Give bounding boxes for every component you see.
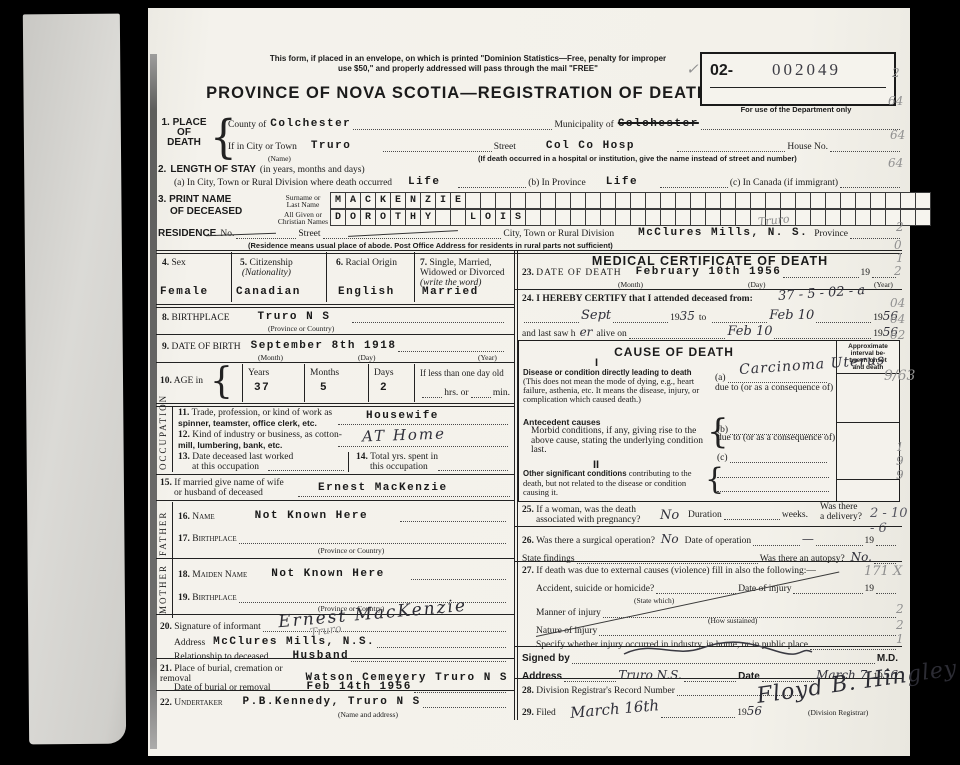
burial-num: 21. [160,664,172,674]
row-divider [156,403,514,407]
age-brace: { [210,364,233,400]
age-hrs-label: hrs. or [444,388,468,398]
signed-address-label: Address [522,671,562,682]
date-of-death-label: DATE OF DEATH [536,268,621,278]
violence-label: If death was due to external causes (vio… [536,566,816,576]
stay-a-label: (a) In City, Town or Rural Division wher… [174,178,392,188]
operation-num: 26. [522,536,534,546]
margin-note: 2 [892,66,900,80]
dotted-line [717,477,829,478]
violence-num: 27. [522,566,534,576]
filed-label: Filed [536,708,556,718]
print-name-label: 3. PRINT NAME OF DECEASED [158,194,242,218]
undertaker-label: Undertaker [174,698,222,708]
group-divider [172,560,173,618]
certify-margin-note: 37 - 5 - 02 - a [778,283,866,304]
form-title: PROVINCE OF NOVA SCOTIA—REGISTRATION OF … [178,84,738,103]
cell-divider [348,452,349,472]
mail-instruction-line2: use $50," and properly addressed will pa… [188,64,748,73]
dob-year-caption: (Year) [478,353,497,362]
mother-name-label: Maiden Name [192,570,247,580]
father-name-label: Name [192,512,214,522]
dotted-line [438,470,508,471]
county-value: Colchester [270,118,351,130]
age-less-label: If less than one day old [420,368,504,378]
city-town-value: Truro [311,140,352,152]
dob-day-caption: (Day) [358,353,376,362]
scanned-death-certificate: { "deco":{"check":"✓","brace":"{"}, "sta… [0,0,960,765]
hospital-caption: (If death occurred in a hospital or inst… [478,154,797,163]
surname-sublabel: Surname orLast Name [276,194,331,208]
row-divider [156,474,514,475]
margin-note: 64 [890,128,905,142]
age-days-value: 2 [380,382,388,394]
physician-signature [618,638,818,662]
operation-date-dash: — [802,532,814,546]
cell-divider [414,364,415,402]
operation-date-label: Date of operation [685,536,751,546]
mother-name-value: Not Known Here [271,568,384,580]
dod-day-caption: (Day) [748,280,766,289]
length-of-stay-num: 2. [158,164,166,175]
total-years-label: 14. Total yrs. spent in this occupation [356,452,438,472]
industry-value: AT Home [362,425,447,446]
relationship-value: Husband [292,650,349,662]
row-divider [156,658,514,659]
interval-cell [837,423,899,480]
to-value: Feb 10 [769,308,814,323]
burial-date-value: Feb 14th 1956 [307,681,412,693]
father-name-value: Not Known Here [255,510,368,522]
signed-by-label: Signed by [522,653,570,664]
margin-note: 9 [896,468,904,482]
filed-num: 29. [522,708,534,718]
duration-label: Duration [688,510,722,520]
burial-date-label: Date of burial or removal [174,683,271,693]
length-of-stay-label: LENGTH OF STAY [170,164,256,175]
sex-label: 4. Sex [162,258,186,268]
dotted-line [298,496,510,497]
record-number-num: 28. [522,686,534,696]
group-divider [172,406,173,472]
dob-value: September 8th 1918 [251,340,397,352]
pregnancy-value: No [660,508,679,523]
margin-note: 64 [890,312,905,326]
binding-strip [150,54,157,749]
dob-num: 9. [162,342,169,352]
row-divider [156,500,514,501]
delivery-label: Was therea delivery? [820,502,862,522]
margin-note: 9/63 [884,368,915,384]
record-number-label: Division Registrar's Record Number [536,686,675,696]
age-min-label: min. [493,388,510,398]
other-conditions-label: Other significant conditions contributin… [523,469,703,498]
father-vertical-label: FATHER [158,508,168,556]
cause-due2-label: due to (or as a consequence of) [717,433,835,443]
birthplace-value: Truro N S [258,311,331,323]
surname-letterboxes: MACKENZIE [331,192,931,209]
margin-note: 62 [890,328,905,342]
street-label: Street [494,142,516,152]
trade-value: Housewife [366,410,439,422]
pregnancy-label: 25. If a woman, was the death associated… [522,505,640,525]
margin-note: 0 [894,238,902,252]
spouse-value: Ernest MacKenzie [318,482,448,494]
birthplace-caption: (Province or Country) [268,324,334,333]
citizenship-label: 5. Citizenship (Nationality) [240,258,293,278]
informant-address-label: Address [174,638,205,648]
margin-note: 1 [896,632,904,646]
filed-19: 19 [737,708,747,718]
last-saw-fill: er [580,325,593,339]
house-no-label: House No. [787,142,828,152]
residence-street-label: Street [298,229,320,239]
department-only-caption: For use of the Department only [700,105,892,114]
weeks-label: weeks. [782,510,808,520]
md-label: M.D. [877,653,898,664]
margin-note: 04 [890,296,905,310]
spouse-label: 15. If married give name of wife or husb… [160,478,284,498]
age-years-label: Years [248,368,269,378]
given-names-sublabel: All Given orChristian Names [276,211,331,225]
name-caption: (Name) [268,154,291,163]
age-months-value: 5 [320,382,328,394]
date-of-death-19: 19 [861,268,871,278]
informant-num: 20. [160,622,172,632]
city-town-label: If in City or Town [228,142,297,152]
racial-origin-value: English [338,286,395,298]
operation-19: 19 [865,536,875,546]
age-months-label: Months [310,368,339,378]
mother-name-num: 18. [178,570,190,580]
residence-province-label: Province [814,229,848,239]
from-year-value: 35 [680,309,695,323]
morbid-label: Morbid conditions, if any, giving rise t… [531,427,711,456]
to-19: 19 [873,313,883,323]
dotted-line [268,470,344,471]
last-saw-label: and last saw h [522,329,576,339]
state-which-caption: (State which) [634,596,674,605]
operation-value: No [661,532,679,546]
municipality-value: Colchester [618,118,699,130]
stay-a-value: Life [408,176,440,188]
mother-vertical-label: MOTHER [158,566,168,614]
certificate-page: This form, if placed in an envelope, on … [148,8,910,756]
cause-of-death-title: CAUSE OF DEATH [519,345,829,359]
residence-caption: (Residence means usual place of abode. P… [248,241,613,250]
from-19: 19 [670,313,680,323]
cause-a-label: (a) [715,373,726,383]
injury-date-label: Date of injury [738,584,791,594]
cell-divider [304,364,305,402]
registration-number-box: 02- 002049 [700,52,896,106]
last-saw-label2: alive on [596,329,626,339]
registration-number: 002049 [772,60,841,80]
municipality-label: Municipality of [554,120,613,130]
group-divider [172,502,173,562]
date-of-death-num: 23. [522,268,534,278]
occupation-vertical-label: OCCUPATION [158,408,168,470]
pencil-check-icon: ✓ [686,60,699,78]
row-divider [156,690,514,691]
margin-note: 2 [896,618,904,632]
father-name-num: 16. [178,512,190,522]
dob-label: DATE OF BIRTH [172,342,241,352]
mother-birthplace-label: Birthplace [192,593,236,603]
manner-label: Manner of injury [536,608,601,618]
injury-19: 19 [865,584,875,594]
last-saw-value: Feb 10 [727,324,772,339]
undertaker-caption: (Name and address) [338,710,398,719]
age-years-value: 37 [254,382,270,394]
father-birthplace-num: 17. [178,534,190,544]
certify-label: I HEREBY CERTIFY that I attended decease… [536,294,753,304]
father-birthplace-caption: (Province or Country) [318,546,384,555]
row-divider [515,561,902,562]
cell-divider [231,252,232,302]
margin-note: 2 [896,602,904,616]
previous-page-edge [23,14,126,745]
accident-label: Accident, suicide or homicide? [536,584,654,594]
mail-instruction-line1: This form, if placed in an envelope, on … [188,54,748,63]
stay-b-label: (b) In Province [528,178,586,188]
mother-birthplace-num: 19. [178,593,190,603]
street-value: Col Co Hosp [546,140,635,152]
industry-label: 12. Kind of industry or business, as cot… [178,430,342,451]
father-birthplace-label: Birthplace [192,534,236,544]
residence-city-value: McClures Mills, N. S. [638,227,808,239]
citizenship-value: Canadian [236,286,301,298]
date-of-death-value: February 10th 1956 [636,266,782,278]
registration-number-prefix: 02- [710,62,733,80]
birthplace-num: 8. [162,313,169,323]
informant-label: Signature of informant [174,622,261,632]
margin-note: 1 [896,251,904,265]
row-divider [515,526,902,527]
given-names-letterboxes: DOROTHY LOIS [331,209,931,226]
autopsy-label: Was there an autopsy? [760,554,845,564]
cell-divider [326,252,327,302]
residence-city-label: City, Town or Rural Division [503,229,614,239]
marital-status-value: Married [422,286,479,298]
cause-of-death-box: CAUSE OF DEATH Approximateinterval be- t… [518,340,900,502]
certify-num: 24. [522,294,534,304]
age-days-label: Days [374,368,394,378]
dotted-line [338,446,508,447]
row-divider [156,558,514,559]
length-of-stay-sub: (in years, months and days) [260,165,365,175]
sex-value: Female [160,286,209,298]
undertaker-value: P.B.Kennedy, Truro N S [243,696,421,708]
violence-pencil-note: 171 X [864,564,902,579]
cell-divider [368,364,369,402]
division-registrar-caption: (Division Registrar) [808,708,868,717]
filed-date-value: March 16th [569,696,659,722]
cell-divider [242,364,243,402]
row-divider [156,304,514,308]
dod-year-caption: (Year) [874,280,893,289]
field-place-of-death-label: 1. PLACE OFDEATH [158,118,210,148]
marital-status-label: 7. Single, Married, Widowed or Divorced(… [420,258,505,288]
margin-note: 9 [896,454,904,468]
trade-label: 11. Trade, profession, or kind of work a… [178,408,332,429]
informant-address-value: McClures Mills, N.S. [213,636,375,648]
signed-date-label: Date [738,671,760,682]
row-divider [156,334,514,335]
margin-note: 1 [896,440,904,454]
stay-b-value: Life [606,176,638,188]
margin-note: 64 [888,156,903,170]
margin-note: 2 [894,264,902,278]
attended-from-value: Sept [581,308,611,323]
residence-label: RESIDENCE [158,228,216,239]
undertaker-num: 22. [160,698,172,708]
birthplace-label: BIRTHPLACE [172,313,230,323]
relationship-label: Relationship to deceased [174,652,268,662]
last-saw-19: 19 [873,329,883,339]
cell-divider [414,252,415,302]
age-label: 10. AGE in [160,376,203,386]
stamp-divider [710,87,886,88]
racial-origin-label: 6. Racial Origin [336,258,397,268]
dotted-line [717,491,829,492]
to-label: to [699,313,706,323]
signed-address-value: Truro N.S. [618,668,681,682]
last-worked-label: 13. Date deceased last worked at this oc… [178,452,293,472]
county-label: County of [228,120,266,130]
findings-label: State findings [522,554,575,564]
margin-note: 2 [896,220,904,234]
stay-c-label: (c) In Canada (if immigrant) [730,178,838,188]
operation-label: Was there a surgical operation? [536,536,655,546]
cause-due1-label: due to (or as a consequence of) [715,383,833,393]
dod-month-caption: (Month) [618,280,643,289]
disease-label: Disease or condition directly leading to… [523,369,711,404]
dob-month-caption: (Month) [258,353,283,362]
margin-note: 64 [888,94,903,108]
